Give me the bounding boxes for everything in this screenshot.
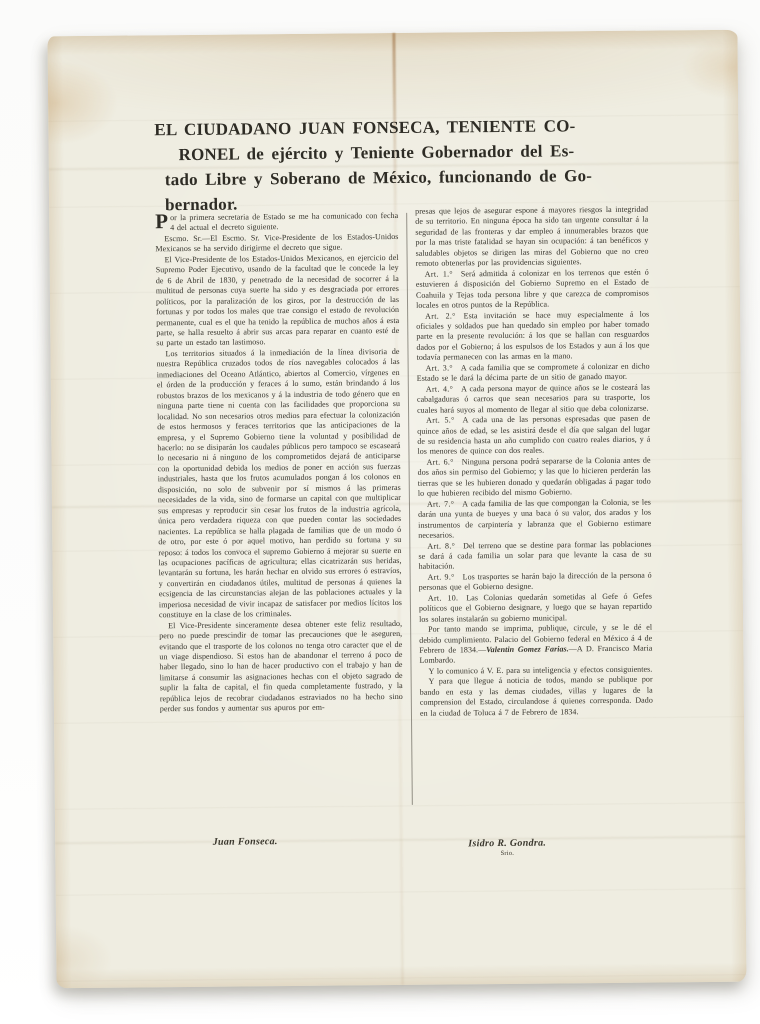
broadside-sheet: EL CIUDADANO JUAN FONSECA, TENIENTE CO- … [47, 30, 746, 989]
paragraph-intro: Por la primera secretaria de Estado se m… [155, 211, 398, 234]
signatory-name-inline: Valentin Gomez Farias. [486, 644, 569, 654]
signature-isidro-gondra: Isidro R. Gondra. Srio. [417, 837, 597, 858]
article-number: Art. 8.° [427, 541, 455, 550]
article-number: Art. 1.° [425, 269, 453, 278]
article-1: Art. 1.°Será admitida á colonizar en los… [416, 267, 649, 311]
article-number: Art. 3.° [426, 363, 453, 372]
article-3: Art. 3.°A cada familia que se compromete… [417, 361, 650, 384]
left-column: Por la primera secretaria de Estado se m… [155, 211, 404, 845]
printed-content: EL CIUDADANO JUAN FONSECA, TENIENTE CO- … [47, 30, 746, 989]
article-9: Art. 9.°Los trasportes se harán bajo la … [419, 570, 652, 593]
signature-juan-fonseca: Juan Fonseca. [155, 836, 335, 849]
article-6: Art. 6.°Ninguna persona podrá separarse … [418, 455, 651, 499]
paragraph: presas que lejos de asegurar espone á ma… [415, 205, 649, 270]
paragraph: El Vice-Presidente de los Estados-Unidos… [156, 253, 400, 349]
column-divider-rule [406, 213, 413, 805]
drop-cap: P [155, 213, 170, 229]
article-number: Art. 4.° [426, 384, 453, 393]
paragraph: Escmo. Sr.—El Escmo. Sr. Vice-Presidente… [155, 232, 398, 255]
paragraph: Y para que llegue á noticia de todos, ma… [420, 675, 653, 719]
article-number: Art. 10. [428, 593, 459, 602]
paragraph-closing-order: Por tanto mando se imprima, publique, ci… [419, 623, 652, 667]
photo-background: EL CIUDADANO JUAN FONSECA, TENIENTE CO- … [0, 0, 760, 1024]
document-title: EL CIUDADANO JUAN FONSECA, TENIENTE CO- … [154, 113, 607, 217]
article-10: Art. 10.Las Colonias quedarán sometidas … [419, 591, 652, 625]
article-7: Art. 7.°A cada familia de las que compon… [418, 497, 651, 541]
article-number: Art. 9.° [428, 572, 455, 581]
article-4: Art. 4.°A cada persona mayor de quince a… [417, 382, 650, 416]
signature-role: Srio. [417, 849, 597, 858]
signature-name: Isidro R. Gondra. [417, 837, 597, 850]
article-5: Art. 5.°A cada una de las personas espre… [417, 414, 650, 458]
article-2: Art. 2.°Esta invitación se hace muy espe… [416, 309, 649, 363]
article-number: Art. 5.° [426, 416, 455, 425]
article-8: Art. 8.°Del terreno que se destine para … [418, 539, 651, 573]
paragraph: El Vice-Presidente sinceramente desea ob… [159, 619, 403, 715]
right-column: presas que lejos de asegurar espone á ma… [415, 205, 654, 829]
article-number: Art. 6.° [427, 457, 454, 466]
paragraph: Los territorios situados á la inmediació… [156, 347, 402, 621]
article-number: Art. 2.° [425, 311, 456, 320]
article-number: Art. 7.° [427, 499, 454, 508]
title-line: tado Libre y Soberano de México, funcion… [165, 163, 607, 192]
paragraph-text: or la primera secretaria de Estado se me… [170, 211, 398, 233]
